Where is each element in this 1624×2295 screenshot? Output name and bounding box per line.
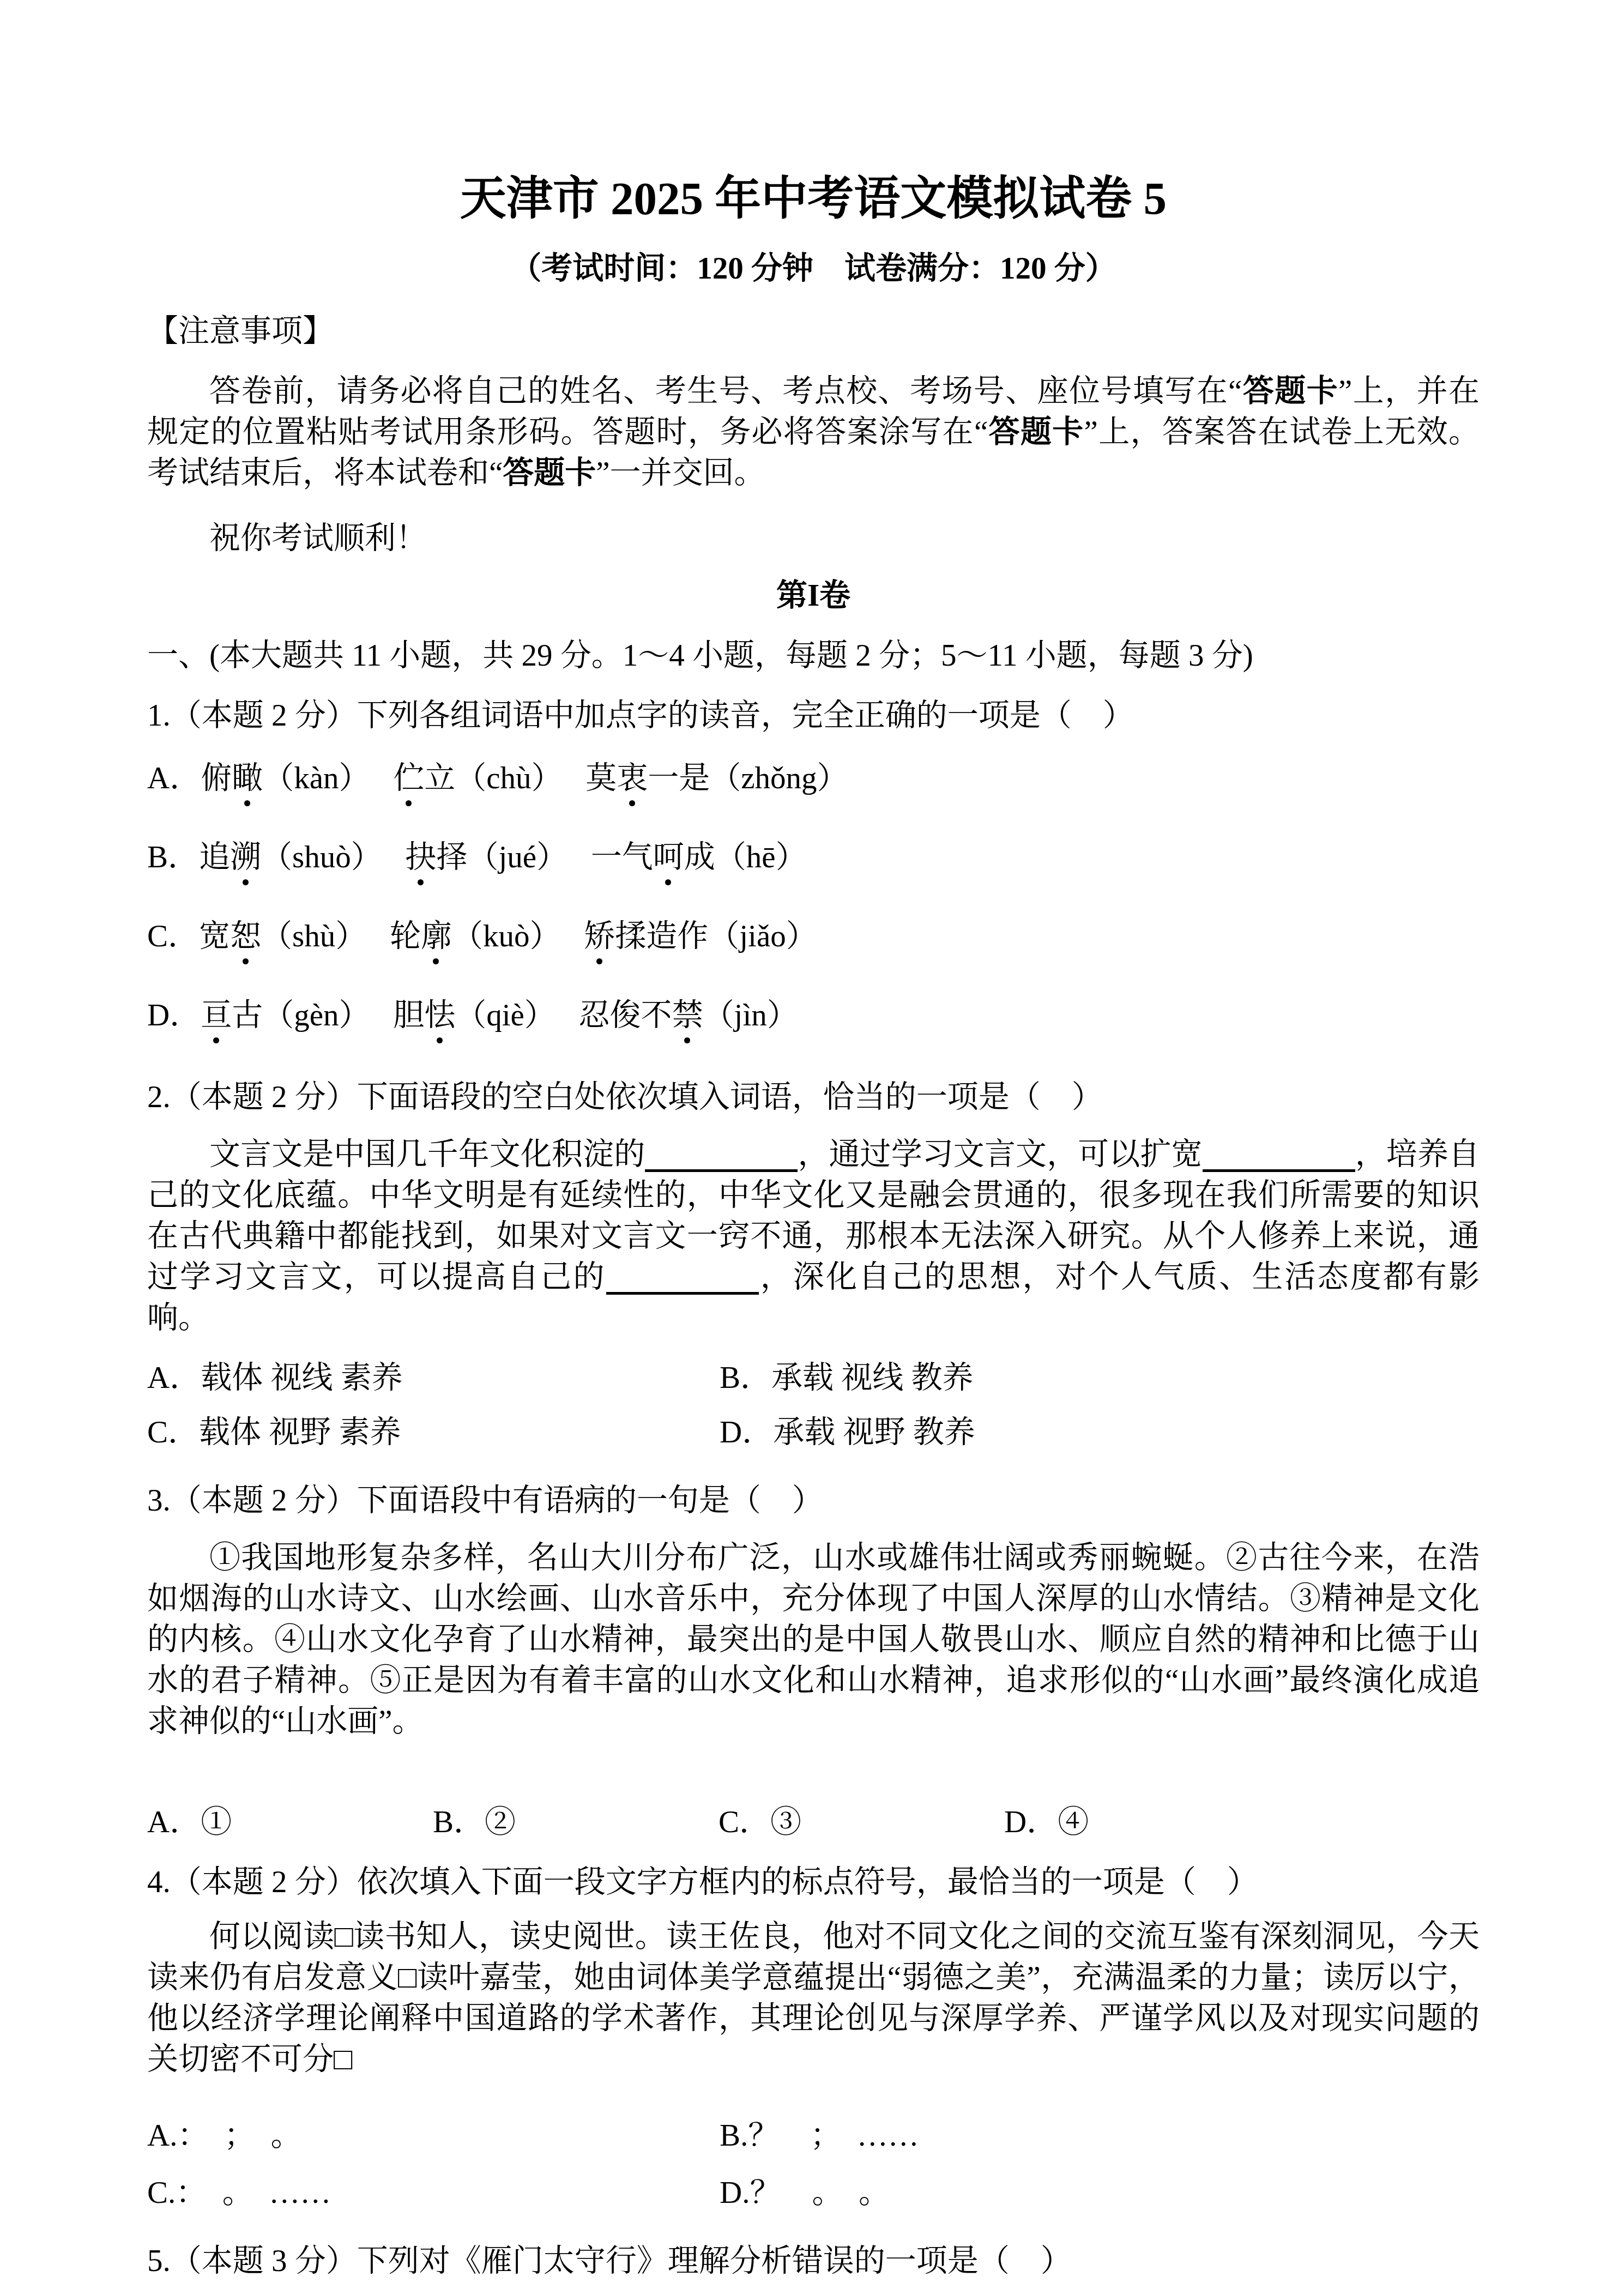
q2-option-c: C．载体 视野 素养 bbox=[147, 1412, 720, 1453]
text-segment: 答题卡 bbox=[988, 415, 1084, 449]
dotted-character: 廓 bbox=[421, 919, 452, 953]
text-segment: 古（gèn） 胆 bbox=[232, 998, 424, 1032]
q1-option-d: D．亘古（gèn） 胆怯（qiè） 忍俊不禁（jìn） bbox=[147, 995, 1480, 1036]
text-segment: C．宽 bbox=[147, 919, 230, 953]
dotted-character: 呵 bbox=[653, 840, 684, 874]
text-segment: 一是（zhǒng） bbox=[648, 761, 848, 795]
q4-options-row2: C.： 。 …… D.？ 。 。 bbox=[147, 2172, 1480, 2213]
text-segment: 答卷前，请务必将自己的姓名、考生号、考点校、考场号、座位号填写在“ bbox=[209, 374, 1242, 408]
q2-option-a: A．载体 视线 素养 bbox=[147, 1357, 720, 1398]
q1-option-b: B．追溯（shuò） 抉择（jué） 一气呵成（hē） bbox=[147, 837, 1480, 878]
blank-underline bbox=[606, 1284, 759, 1295]
text-segment: 文言文是中国几千年文化积淀的 bbox=[209, 1137, 645, 1171]
text-segment: 择（jué） 一气 bbox=[436, 840, 653, 874]
text-segment: 答题卡 bbox=[1242, 374, 1338, 408]
page-title: 天津市 2025 年中考语文模拟试卷 5 bbox=[147, 166, 1480, 232]
text-segment: （kuò） bbox=[452, 919, 584, 953]
text-segment: （qiè） 忍俊不 bbox=[455, 998, 672, 1032]
q4-paragraph: 何以阅读□读书知人，读史阅世。读王佐良，他对不同文化之间的交流互鉴有深刻洞见，今… bbox=[147, 1916, 1480, 2080]
q2-paragraph: 文言文是中国几千年文化积淀的，通过学习文言文，可以扩宽，培养自己的文化底蕴。中华… bbox=[147, 1134, 1480, 1338]
text-segment: （shù） 轮 bbox=[261, 919, 421, 953]
q3-paragraph: ①我国地形复杂多样，名山大川分布广泛，山水或雄伟壮阔或秀丽蜿蜒。②古往今来，在浩… bbox=[147, 1537, 1480, 1742]
q4-option-d: D.？ 。 。 bbox=[720, 2172, 890, 2213]
dotted-character: 禁 bbox=[672, 998, 703, 1032]
text-segment: 成（hē） bbox=[684, 840, 807, 874]
text-segment: 立（chù） 莫 bbox=[424, 761, 617, 795]
text-segment: A．俯 bbox=[147, 761, 232, 795]
dotted-character: 怯 bbox=[424, 998, 455, 1032]
q1-option-c: C．宽恕（shù） 轮廓（kuò） 矫揉造作（jiǎo） bbox=[147, 916, 1480, 957]
dotted-character: 瞰 bbox=[232, 761, 263, 795]
section-title: 第I卷 bbox=[147, 575, 1480, 616]
dotted-character: 恕 bbox=[230, 919, 261, 953]
text-segment: ，通过学习文言文，可以扩宽 bbox=[798, 1137, 1202, 1171]
q4-option-b: B.？ ； …… bbox=[720, 2115, 919, 2156]
q2-options-row1: A．载体 视线 素养 B．承载 视线 教养 bbox=[147, 1357, 1480, 1398]
text-segment: 答题卡 bbox=[503, 456, 596, 490]
q2-stem: 2.（本题 2 分）下面语段的空白处依次填入词语，恰当的一项是（ ） bbox=[147, 1077, 1480, 1118]
blank-underline bbox=[645, 1161, 798, 1172]
text-segment: （jìn） bbox=[703, 998, 798, 1032]
blank-underline bbox=[1203, 1161, 1355, 1172]
text-segment: （kàn） bbox=[263, 761, 393, 795]
q2-option-b: B．承载 视线 教养 bbox=[720, 1357, 974, 1398]
wish-line: 祝你考试顺利！ bbox=[147, 518, 1480, 559]
q4-option-a: A.： ； 。 bbox=[147, 2115, 720, 2156]
text-segment: ”一并交回。 bbox=[596, 456, 765, 490]
text-segment: （shuò） bbox=[261, 840, 405, 874]
section1-instructions: 一、(本大题共 11 小题，共 29 分。1～4 小题，每题 2 分；5～11 … bbox=[147, 635, 1480, 676]
q1-option-a: A．俯瞰（kàn） 伫立（chù） 莫衷一是（zhǒng） bbox=[147, 758, 1480, 799]
exam-paper-page: 天津市 2025 年中考语文模拟试卷 5 （考试时间：120 分钟 试卷满分：1… bbox=[0, 0, 1624, 2281]
text-segment: 揉造作（jiǎo） bbox=[615, 919, 817, 953]
dotted-character: 衷 bbox=[617, 761, 648, 795]
q3-option-b: B．② bbox=[433, 1802, 719, 1843]
q3-options-row: A．① B．② C．③ D．④ bbox=[147, 1802, 1480, 1843]
q2-option-d: D．承载 视野 教养 bbox=[720, 1412, 975, 1453]
text-segment: B．追 bbox=[147, 840, 230, 874]
dotted-character: 抉 bbox=[405, 840, 436, 874]
q1-stem: 1.（本题 2 分）下列各组词语中加点字的读音，完全正确的一项是（ ） bbox=[147, 695, 1480, 736]
q3-option-d: D．④ bbox=[1004, 1802, 1089, 1843]
dotted-character: 亘 bbox=[201, 998, 232, 1032]
q3-stem: 3.（本题 2 分）下面语段中有语病的一句是（ ） bbox=[147, 1480, 1480, 1521]
dotted-character: 矫 bbox=[584, 919, 615, 953]
q4-stem: 4.（本题 2 分）依次填入下面一段文字方框内的标点符号，最恰当的一项是（ ） bbox=[147, 1862, 1480, 1903]
q3-option-a: A．① bbox=[147, 1802, 433, 1843]
exam-meta-line: （考试时间：120 分钟 试卷满分：120 分） bbox=[147, 248, 1480, 289]
q2-options-row2: C．载体 视野 素养 D．承载 视野 教养 bbox=[147, 1412, 1480, 1453]
q4-option-c: C.： 。 …… bbox=[147, 2172, 720, 2213]
q4-options-row1: A.： ； 。 B.？ ； …… bbox=[147, 2115, 1480, 2156]
dotted-character: 溯 bbox=[230, 840, 261, 874]
notice-paragraph: 答卷前，请务必将自己的姓名、考生号、考点校、考场号、座位号填写在“答题卡”上，并… bbox=[147, 371, 1480, 493]
q3-option-c: C．③ bbox=[719, 1802, 1004, 1843]
q5-stem: 5.（本题 3 分）下列对《雁门太守行》理解分析错误的一项是（ ） bbox=[147, 2240, 1480, 2281]
text-segment: D． bbox=[147, 998, 201, 1032]
notice-heading: 【注意事项】 bbox=[147, 311, 1480, 352]
dotted-character: 伫 bbox=[393, 761, 424, 795]
